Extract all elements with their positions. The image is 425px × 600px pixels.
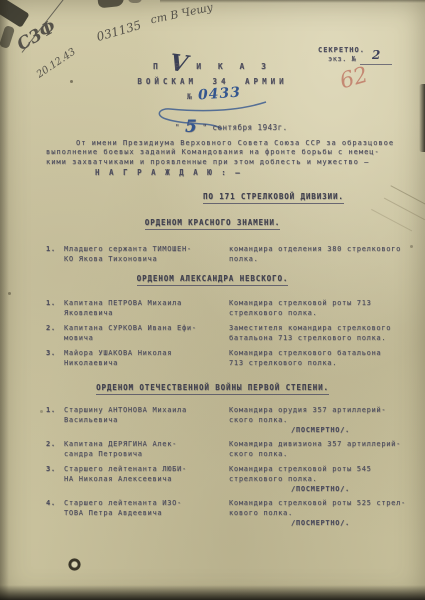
posthumous-note: /ПОСМЕРТНО/. (291, 485, 420, 495)
entry-number: 3. (46, 349, 64, 368)
paper-edge-shadow (0, 0, 9, 600)
preamble-paragraph: От имени Президиума Верховного Совета Со… (46, 139, 420, 167)
entry-position: Командира стрелковой роты 713 стрелковог… (229, 299, 420, 318)
entry-name: Капитана ДЕРЯГИНА Алек- сандра Петровича (64, 440, 222, 459)
award-entry: 3. Майора УШАКОВА Николая Николаевича Ко… (46, 349, 420, 368)
entry-name: Майора УШАКОВА Николая Николаевича (64, 349, 222, 368)
entry-position: Командира орудия 357 артиллерий- ского п… (229, 406, 420, 436)
section-heading-nevsky: ОРДЕНОМ АЛЕКСАНДРА НЕВСКОГО. (0, 274, 425, 286)
order-title: П Р И К А З (0, 62, 425, 71)
secret-stamp: СЕКРЕТНО. (318, 46, 365, 54)
document-page: С3Ф 20.12.43 031135 ст В Чешу V СЕКРЕТНО… (0, 0, 425, 600)
entry-position: Командира стрелковой роты 545 стрелковог… (229, 465, 420, 495)
entry-name: Старшего лейтенанта ИЗО- ТОВА Петра Авде… (64, 499, 222, 529)
award-entry: 4. Старшего лейтенанта ИЗО- ТОВА Петра А… (46, 499, 420, 529)
entry-name: Капитана СУРКОВА Ивана Ефи- мовича (64, 324, 222, 343)
date-day-handwritten: 5 (185, 117, 197, 137)
paper-hole (68, 558, 81, 571)
posthumous-note: /ПОСМЕРТНО/. (291, 426, 420, 436)
copy-number-value: 2 (372, 48, 380, 62)
entry-number: 2. (46, 324, 64, 343)
entry-position: Командира дивизиона 357 артиллерий- ског… (229, 440, 420, 459)
entry-number: 2. (46, 440, 64, 459)
date-rest: " сентября 1943г. (202, 123, 287, 132)
entry-name: Капитана ПЕТРОВА Михаила Яковлевича (64, 299, 222, 318)
entry-position: командира отделения 380 стрелкового полк… (229, 245, 420, 264)
pencil-note-number: 031135 (95, 18, 143, 44)
award-entry: 1. Капитана ПЕТРОВА Михаила Яковлевича К… (46, 299, 420, 318)
torn-edge (128, 0, 142, 3)
entry-name: Старшину АНТОНОВА Михаила Васильевича (64, 406, 222, 436)
entry-number: 3. (46, 465, 64, 495)
posthumous-note: /ПОСМЕРТНО/. (291, 519, 420, 529)
entry-position: Командира стрелкового батальона 713 стре… (229, 349, 420, 368)
entry-number: 4. (46, 499, 64, 529)
section-heading-red-banner: ОРДЕНОМ КРАСНОГО ЗНАМЕНИ. (0, 218, 425, 230)
award-entry: 3. Старшего лейтенанта ЛЮБИ- НА Николая … (46, 465, 420, 495)
date-quote-open: " (175, 123, 180, 132)
entry-number: 1. (46, 406, 64, 436)
division-heading: ПО 171 СТРЕЛКОВОЙ ДИВИЗИИ. (203, 192, 344, 204)
entry-name: Старшего лейтенанта ЛЮБИ- НА Николая Але… (64, 465, 222, 495)
torn-edge (97, 0, 124, 8)
entry-name: Младшего сержанта ТИМОШЕН- КО Якова Тихо… (64, 245, 222, 264)
award-entry: 1. Старшину АНТОНОВА Михаила Васильевича… (46, 406, 420, 436)
section-heading-patriotic-war: ОРДЕНОМ ОТЕЧЕСТВЕННОЙ ВОЙНЫ ПЕРВОЙ СТЕПЕ… (0, 383, 425, 395)
award-declaration: Н А Г Р А Ж Д А Ю : – (95, 168, 242, 177)
order-date: " 5 " сентября 1943г. (175, 115, 288, 135)
entry-number: 1. (46, 299, 64, 318)
entry-position: Командира стрелковой роты 525 стрел- ков… (229, 499, 420, 529)
order-recipient: ВОЙСКАМ 34 АРМИИ (0, 77, 425, 86)
award-entry: 2. Капитана ДЕРЯГИНА Алек- сандра Петров… (46, 440, 420, 459)
entry-position: Заместителя командира стрелкового баталь… (229, 324, 420, 343)
paper-edge-shadow (0, 585, 425, 600)
paper-wrinkle (390, 185, 425, 207)
entry-number: 1. (46, 245, 64, 264)
award-entry: 1. Младшего сержанта ТИМОШЕН- КО Якова Т… (46, 245, 420, 264)
pencil-note-text: ст В Чешу (149, 1, 214, 27)
award-entry: 2. Капитана СУРКОВА Ивана Ефи- мовича За… (46, 324, 420, 343)
